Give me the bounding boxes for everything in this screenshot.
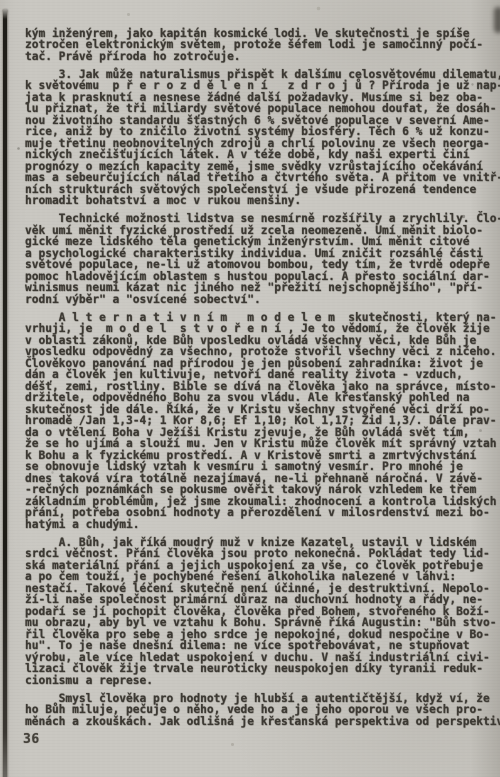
text-line: mas a sebeurčujících nálad třetího a čtv… [25,172,500,184]
paragraph: kým inženýrem, jako kapitán kosmické lod… [25,28,500,63]
paragraph: A. Bůh, jak říká moudrý muž v knize Kaza… [25,537,500,687]
text-line: cionismu a represe. [25,675,500,687]
text-line: hu". To je naše dnešní dilema: ne více s… [25,640,500,652]
text-line: dán a člověk jen kultivuje, netvoří dané… [25,369,500,381]
page-number: 36 [23,732,40,747]
text-line: a po čem touží, je pochybené řešení alko… [25,571,500,583]
text-line: winismus neumí kázat nic jiného než "pře… [25,282,500,294]
text-line: hromadě /Jan 1,3-4; 1 Kor 8,6; Ef 1,10; … [25,415,500,427]
text-line: nických znečišťujících látek. A v téže d… [25,149,500,161]
text-line: lu přiznat, že tři miliardy světové popu… [25,103,500,115]
text-line: přání, potřeba osobní hodnoty a přerozdě… [25,507,500,519]
text-line: gické meze lidského těla genetickým inže… [25,236,500,248]
text-line: mu obrazu, aby byl ve vztahu k Bohu. Spr… [25,617,500,629]
text-line: ží-li naše společnost primární důraz na … [25,594,500,606]
paragraph: Smysl člověka pro hodnoty je hlubší a au… [25,693,500,728]
text-line: ho Bůh miluje, pečuje o něho, vede ho a … [25,704,500,716]
paragraph: A l t e r n a t i v n í m m o d e l e m … [25,312,500,531]
text-line: vposledku odpovědný za všechno, protože … [25,346,500,358]
text-line: hatými a chudými. [25,519,500,531]
text-line: srdci věčnost. Přání člověka jsou proto … [25,548,500,560]
text-line: Technické možnosti lidstva se nesmírně r… [25,213,500,225]
text-line: rice, aniž by to zničilo životní systémy… [25,126,500,138]
text-line: -rečných poznámkách se pokusme ověřit ta… [25,484,500,496]
text-block: kým inženýrem, jako kapitán kosmické lod… [25,28,500,728]
text-line: lizaci člověk žije trvale neuroticky neu… [25,663,500,675]
paper-speckles [0,0,1,1]
text-line: měnách a zkouškách. Jak odlišná je křesť… [25,716,500,728]
text-line: držitele, odpovědného Bohu za svou vládu… [25,392,500,404]
text-line: světové populace, ne-li už atomovou bomb… [25,259,500,271]
text-line: k světovému p ř e r o z d ě l e n í z d … [25,80,500,92]
text-line: rodní výběr" a "osvícené sobectví". [25,294,500,306]
text-line: že se ho ujímá a slouží mu. Jen v Kristu… [25,438,500,450]
text-line: tač. Právě příroda ho zotročuje. [25,51,500,63]
book-spine-shadow [3,9,7,777]
text-line: hromadit bohatství a moc v rukou menšiny… [25,195,500,207]
paragraph: Technické možnosti lidstva se nesmírně r… [25,213,500,305]
paragraph: 3. Jak může naturalismus přispět k další… [25,69,500,207]
text-line: se obnovuje lidský vztah k vesmíru i sam… [25,461,500,473]
scanned-page: kým inženýrem, jako kapitán kosmické lod… [0,0,500,777]
scan-background: { "page": { "number": "36", "paragraphs"… [0,0,500,777]
text-line: zotročen elektronickým světem, protože š… [25,39,500,51]
text-line: vrhuji, je m o d e l s t v o ř e n í , J… [25,323,500,335]
